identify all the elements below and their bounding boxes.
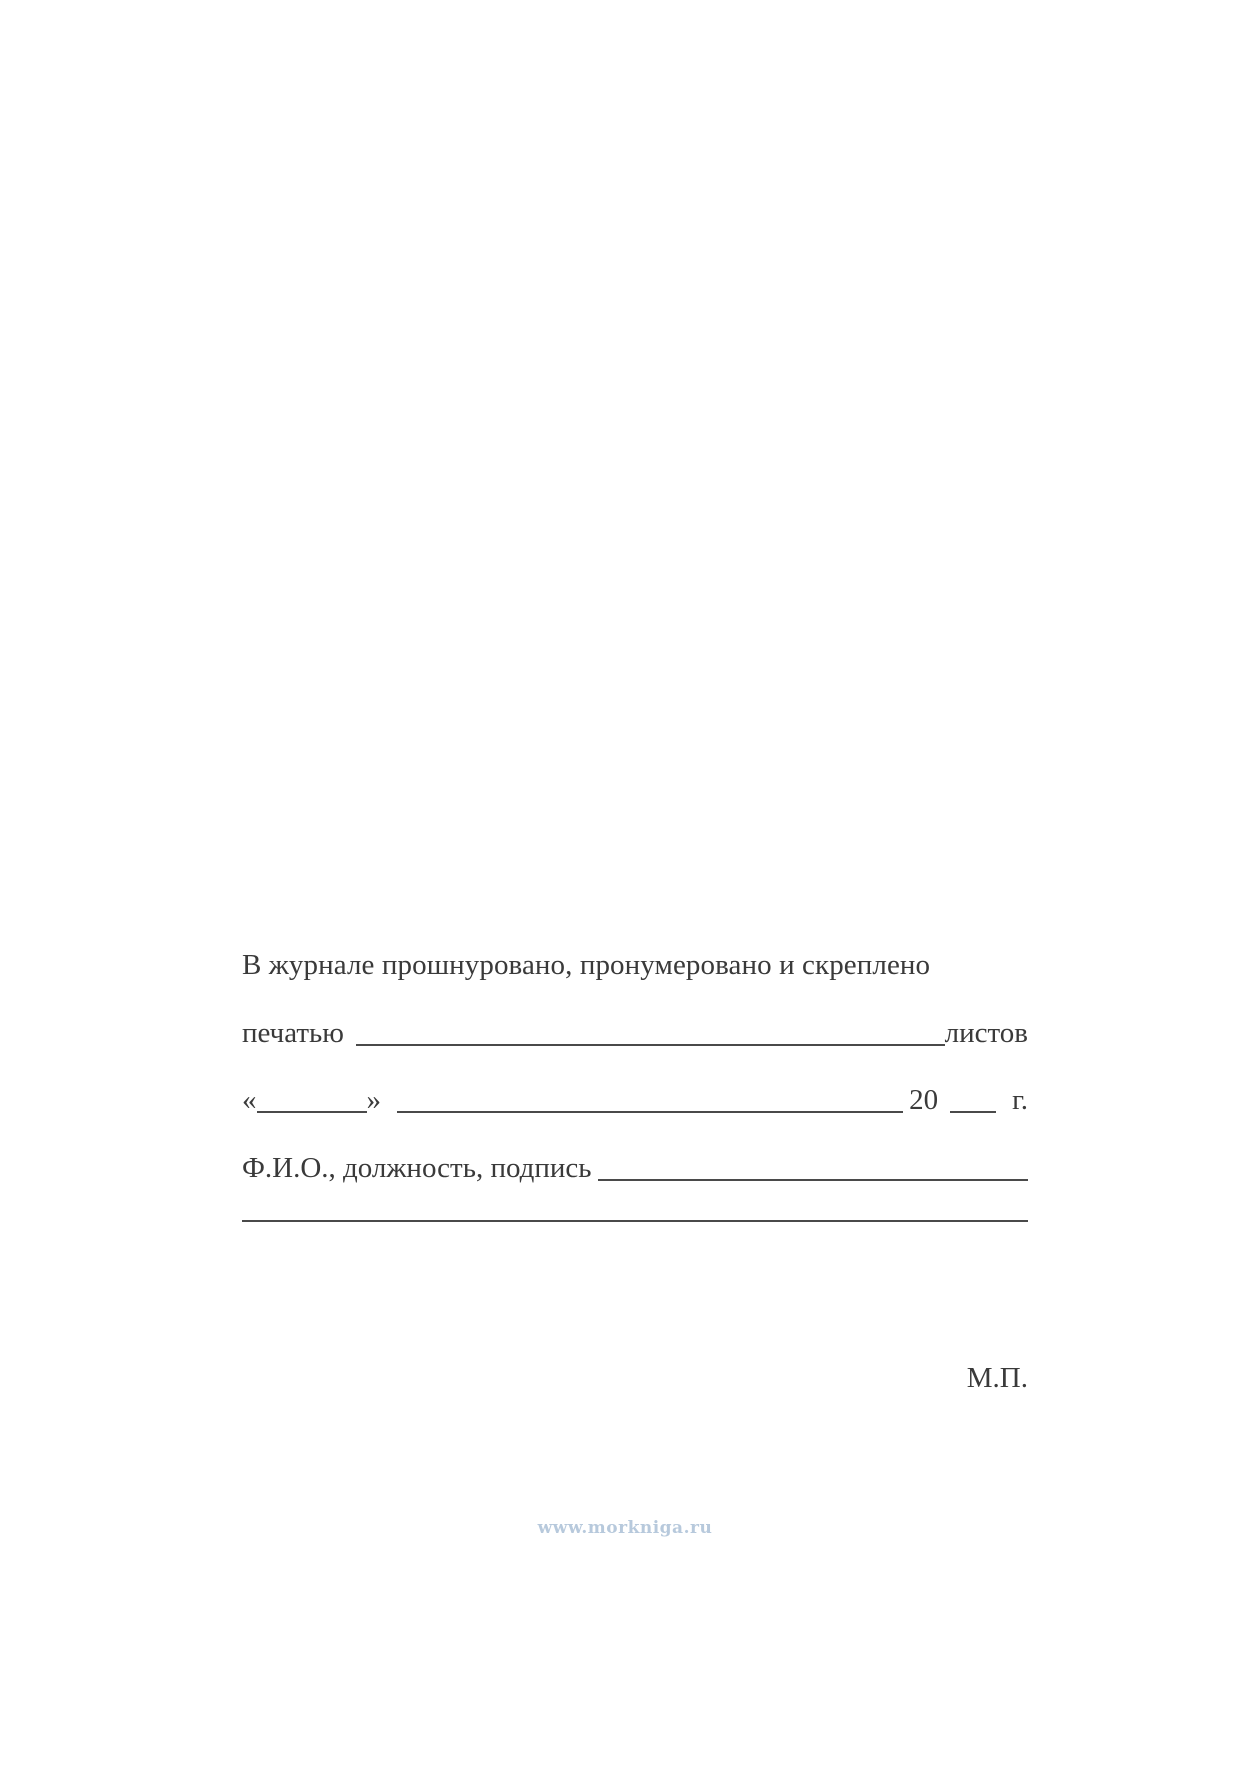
- year-field[interactable]: [950, 1110, 996, 1113]
- signature-continuation-line: [242, 1218, 1028, 1222]
- seal-label: печатью: [242, 1019, 344, 1048]
- year-prefix: 20: [909, 1086, 938, 1115]
- stamp-place-label: М.П.: [967, 1362, 1028, 1395]
- certification-statement: В журнале прошнуровано, пронумеровано и …: [242, 951, 930, 980]
- certification-line-2: печатью листов: [242, 1008, 1028, 1048]
- month-field[interactable]: [397, 1110, 903, 1113]
- open-quote: «: [242, 1086, 257, 1115]
- close-quote: »: [367, 1086, 382, 1115]
- year-suffix: г.: [1012, 1086, 1028, 1115]
- signature-label: Ф.И.О., должность, подпись: [242, 1154, 592, 1183]
- sheets-label: листов: [945, 1019, 1028, 1048]
- signature-field[interactable]: [598, 1178, 1028, 1181]
- signature-line: Ф.И.О., должность, подпись: [242, 1143, 1028, 1183]
- signature-continuation-field[interactable]: [242, 1220, 1028, 1222]
- sheet-count-field[interactable]: [356, 1043, 945, 1046]
- watermark: www.morkniga.ru: [0, 1518, 1250, 1538]
- day-field[interactable]: [257, 1110, 367, 1113]
- certification-line-1: В журнале прошнуровано, пронумеровано и …: [242, 940, 1028, 980]
- date-line: « » 20 г.: [242, 1075, 1028, 1115]
